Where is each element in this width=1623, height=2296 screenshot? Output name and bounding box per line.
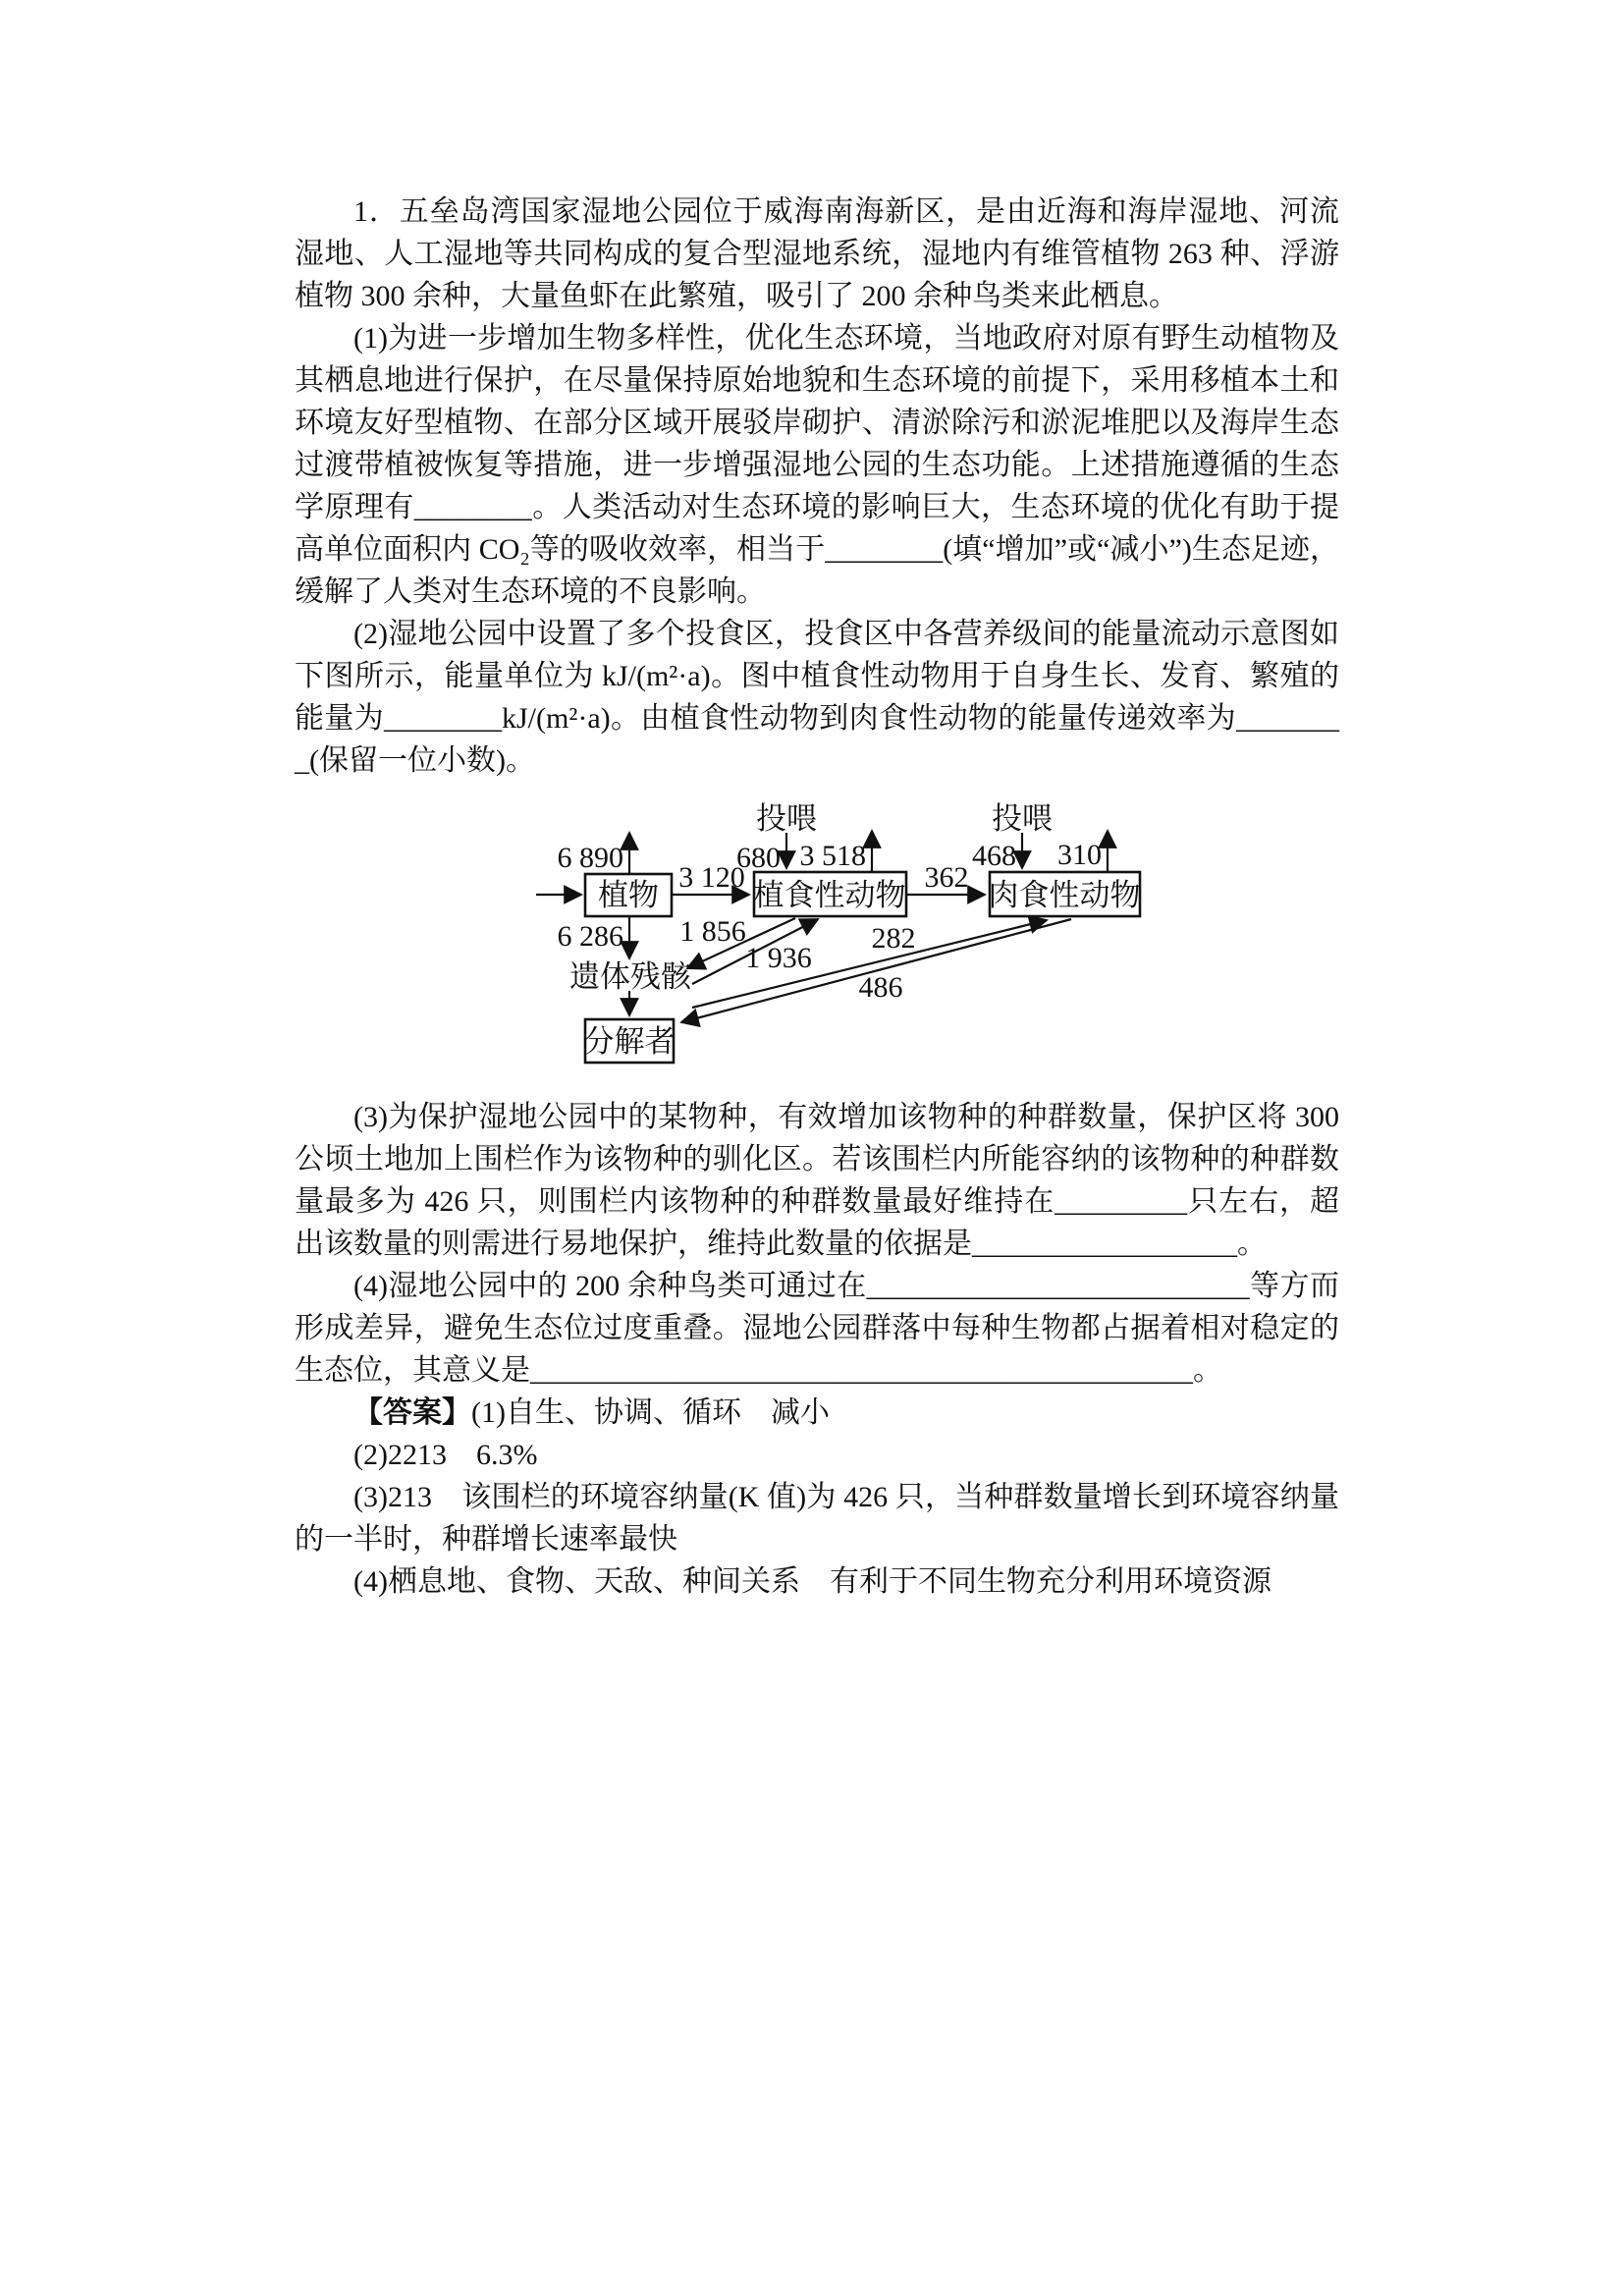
value-feed-to-carnivore: 468 <box>972 840 1016 872</box>
value-herbivore-to-remains: 1 856 <box>679 915 746 948</box>
carnivore-label: 肉食性动物 <box>989 878 1141 912</box>
question-part4: (4)湿地公园中的 200 余种鸟类可通过在__________________… <box>295 1265 1339 1392</box>
value-feed-to-herbivore: 680 <box>736 842 781 874</box>
remains-label: 遗体残骸 <box>569 959 692 994</box>
question-part3: (3)为保护湿地公园中的某物种，有效增加该物种的种群数量，保护区将 300 公顷… <box>295 1096 1339 1265</box>
value-carnivore-to-decomposer: 486 <box>859 971 903 1004</box>
feeding-label-carnivore: 投喂 <box>992 801 1053 836</box>
decomposer-label: 分解者 <box>584 1024 676 1059</box>
answer-label: 【答案】 <box>353 1396 471 1429</box>
question-part2: (2)湿地公园中设置了多个投食区，投食区中各营养级间的能量流动示意图如下图所示，… <box>295 613 1339 782</box>
energy-flow-diagram: 投喂 投喂 <box>295 795 1339 1082</box>
value-carnivore-respiration: 310 <box>1057 839 1102 871</box>
exam-question-block: 1．五垒岛湾国家湿地公园位于威海南海新区，是由近海和海岸湿地、河流湿地、人工湿地… <box>295 191 1339 1603</box>
value-remains-to-herbivore: 1 936 <box>745 942 812 974</box>
value-remains-to-carnivore: 282 <box>872 922 916 955</box>
value-plant-to-herbivore: 3 120 <box>678 861 745 894</box>
answer-line-1: 【答案】(1)自生、协调、循环 减小 <box>295 1392 1339 1434</box>
answer-part3: (3)213 该围栏的环境容纳量(K 值)为 426 只，当种群数量增长到环境容… <box>295 1476 1339 1560</box>
answer-part4: (4)栖息地、食物、天敌、种间关系 有利于不同生物充分利用环境资源 <box>295 1560 1339 1603</box>
answer-part1: (1)自生、协调、循环 减小 <box>471 1396 830 1429</box>
answer-part2: (2)2213 6.3% <box>295 1434 1339 1476</box>
energy-flow-svg: 投喂 投喂 <box>528 795 1227 1082</box>
question-part1: (1)为进一步增加生物多样性，优化生态环境，当地政府对原有野生动植物及其栖息地进… <box>295 317 1339 613</box>
herbivore-label: 植食性动物 <box>754 878 906 912</box>
value-plant-to-remains: 6 286 <box>558 920 624 953</box>
plant-label: 植物 <box>598 878 659 912</box>
value-plant-respiration: 6 890 <box>558 842 624 874</box>
feeding-label-herbivore: 投喂 <box>756 801 817 836</box>
document-page: 1．五垒岛湾国家湿地公园位于威海南海新区，是由近海和海岸湿地、河流湿地、人工湿地… <box>0 0 1623 2296</box>
question-intro: 1．五垒岛湾国家湿地公园位于威海南海新区，是由近海和海岸湿地、河流湿地、人工湿地… <box>295 191 1339 317</box>
value-herbivore-respiration: 3 518 <box>800 840 867 872</box>
value-herbivore-to-carnivore: 362 <box>925 861 969 894</box>
